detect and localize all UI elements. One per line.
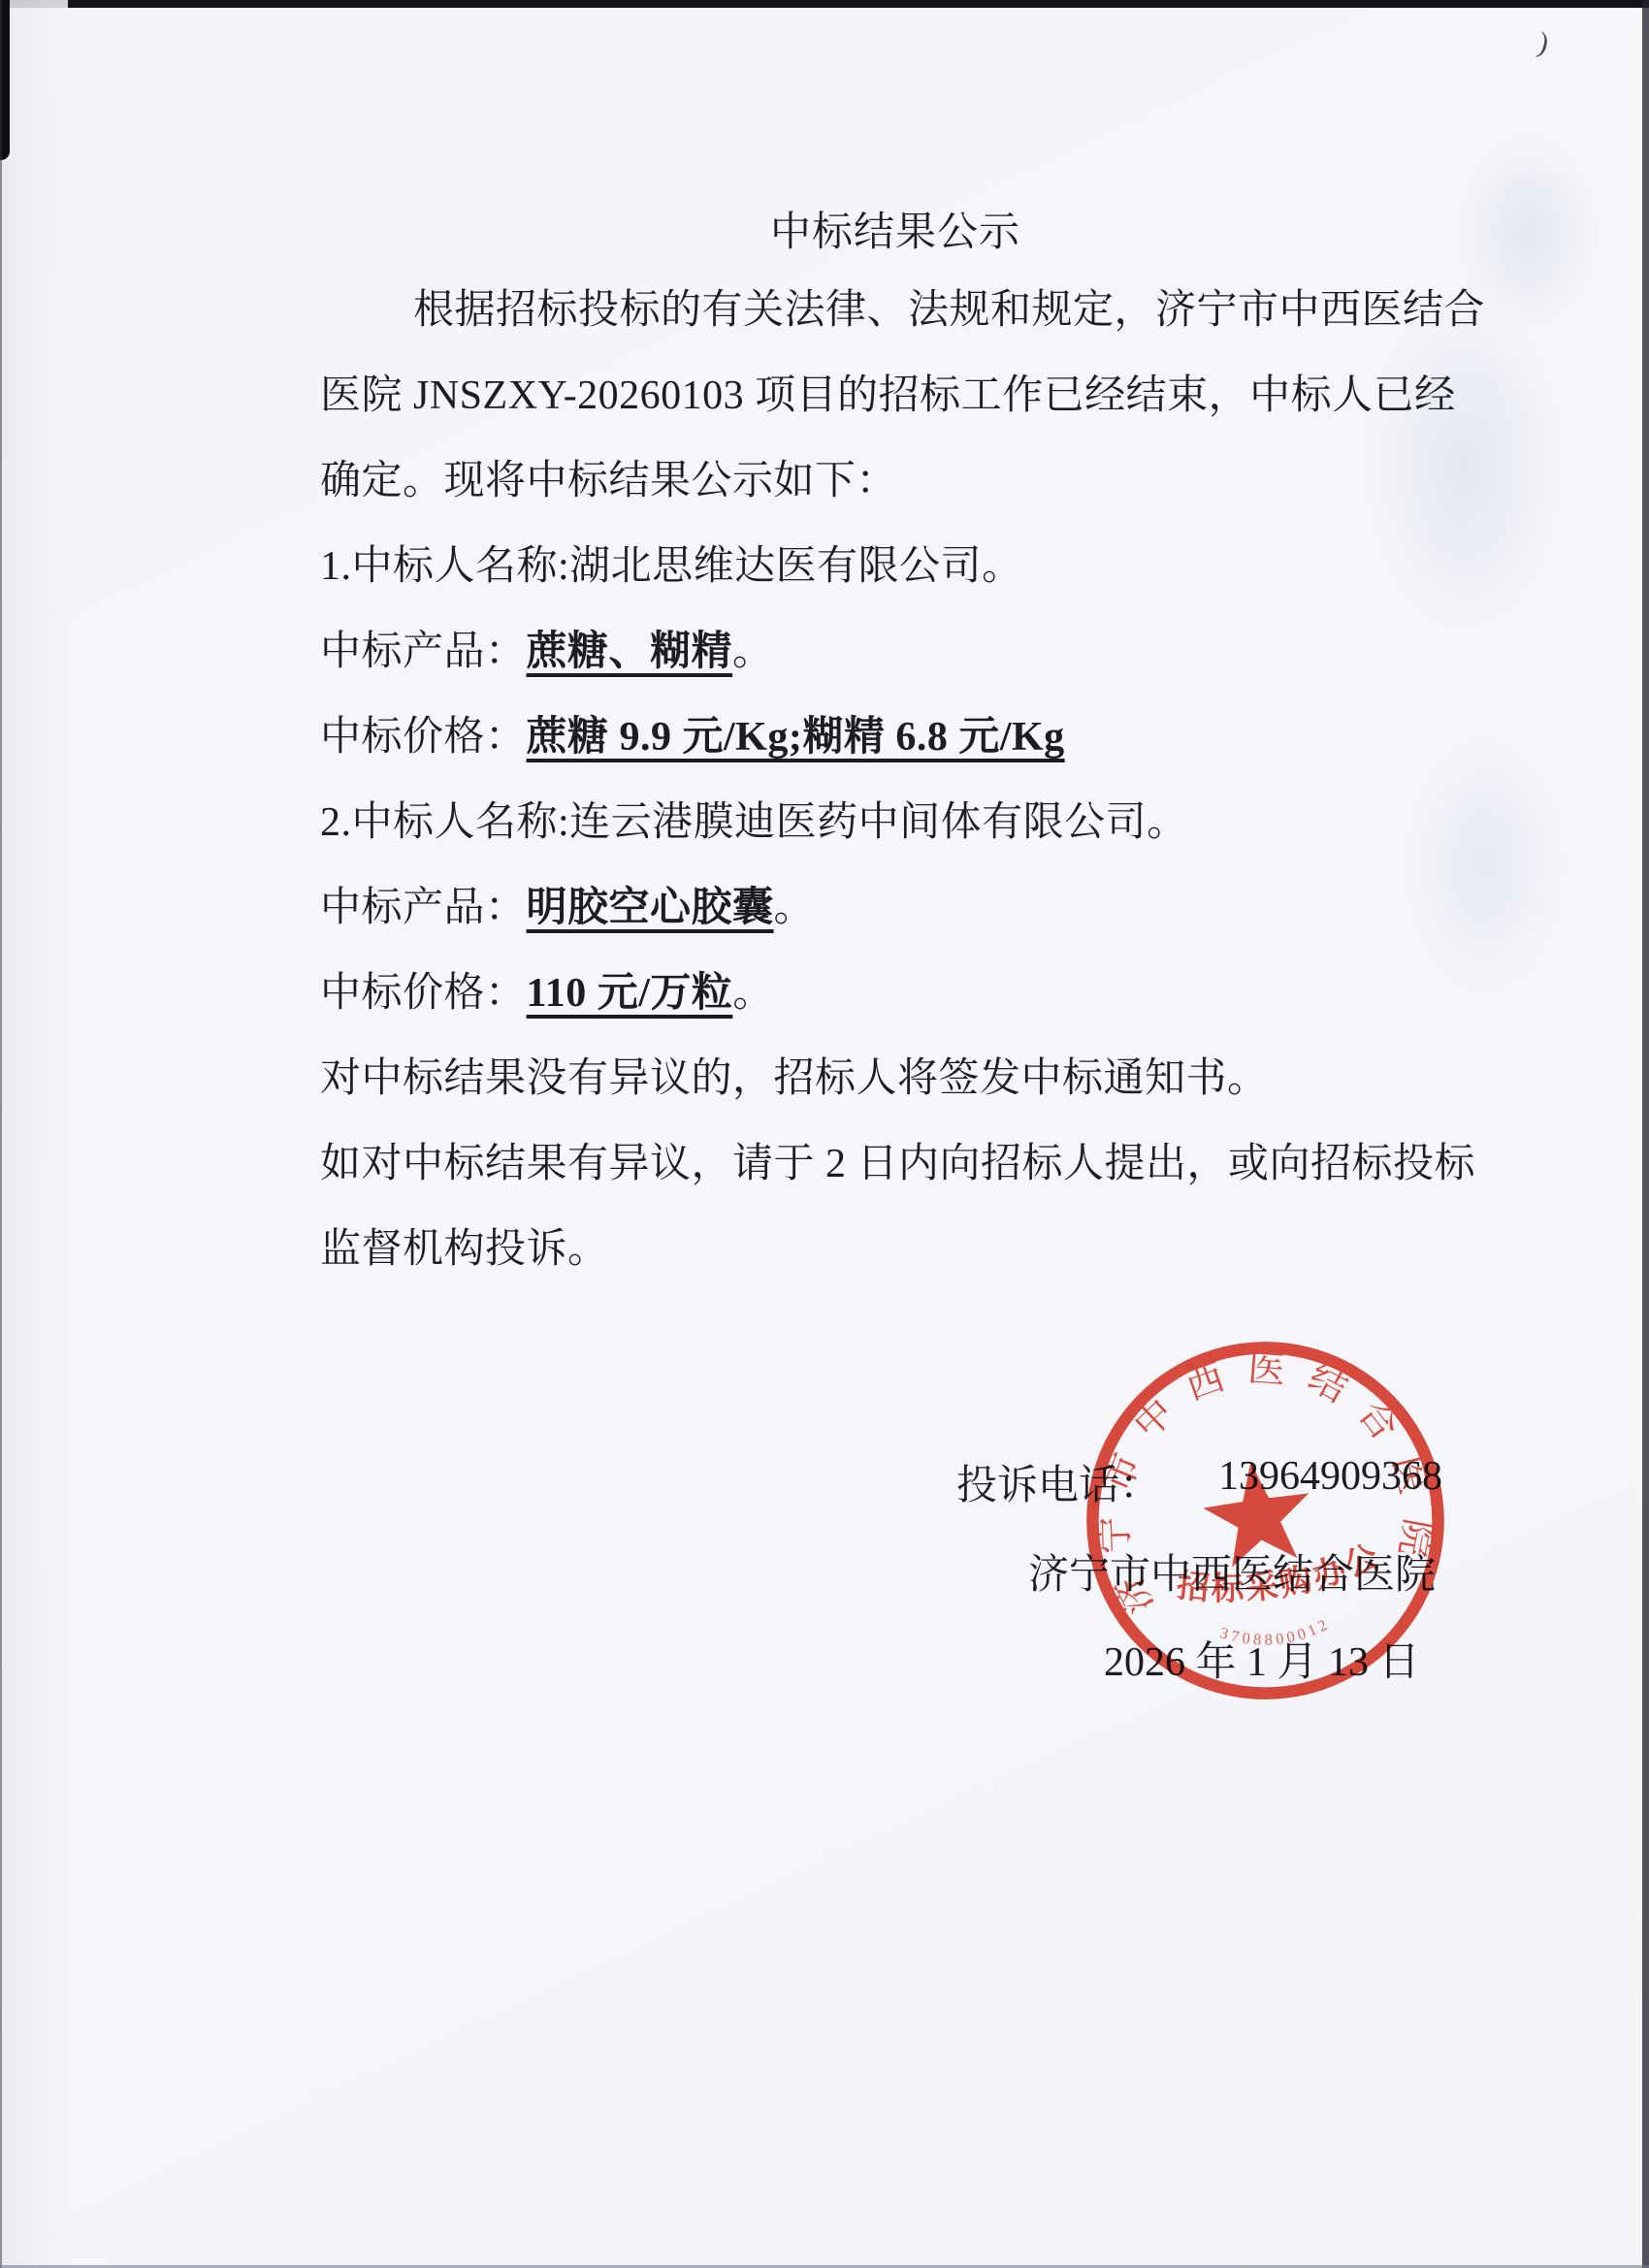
winner1-product-line: 中标产品：蔗糖、糊精。 — [320, 619, 774, 677]
winner1-product-label: 中标产品： — [320, 630, 527, 674]
winner1-price-line: 中标价格：蔗糖 9.9 元/Kg;糊精 6.8 元/Kg — [320, 704, 1065, 762]
winner2-product-label: 中标产品： — [320, 886, 527, 930]
winner1-name-line: 1.中标人名称:湖北思维达医有限公司。 — [320, 534, 1023, 592]
winner2-price-value: 110 元/万粒 — [527, 971, 733, 1016]
winner2-price-label: 中标价格： — [320, 971, 527, 1016]
winner1-product-period: 。 — [732, 630, 774, 674]
intro-line-2: 医院 JNSZXY-20260103 项目的招标工作已经结束，中标人已经 — [320, 363, 1456, 421]
winner1-price-value: 蔗糖 9.9 元/Kg;糊精 6.8 元/Kg — [527, 715, 1065, 760]
winner2-product-line: 中标产品：明胶空心胶囊。 — [320, 875, 815, 933]
winner1-price-label: 中标价格： — [320, 715, 527, 760]
intro-line-1: 根据招标投标的有关法律、法规和规定，济宁市中西医结合 — [413, 277, 1485, 336]
seal-graphic: 济宁市中西医结合医院 招标采购办公室 3708800012 — [1054, 1310, 1476, 1732]
winner2-product-period: 。 — [774, 886, 816, 930]
winner2-name-line: 2.中标人名称:连云港膜迪医药中间体有限公司。 — [320, 790, 1188, 848]
notice-line-3: 监督机构投诉。 — [320, 1216, 609, 1275]
scan-left-shadow — [2, 0, 68, 2268]
winner1-product-value: 蔗糖、糊精 — [527, 630, 733, 674]
winner2-product-value: 明胶空心胶囊 — [527, 886, 774, 930]
scan-edge-top — [0, 0, 1649, 8]
document-title: 中标结果公示 — [770, 200, 1020, 258]
scanned-document-page: ) 中标结果公示 根据招标投标的有关法律、法规和规定，济宁市中西医结合 医院 J… — [0, 0, 1649, 2268]
official-seal-stamp: 济宁市中西医结合医院 招标采购办公室 3708800012 — [1054, 1310, 1476, 1732]
winner2-price-line: 中标价格：110 元/万粒。 — [320, 960, 774, 1019]
seal-serial-number: 3708800012 — [1215, 1608, 1335, 1657]
winner2-price-period: 。 — [732, 971, 774, 1016]
notice-line-1: 对中标结果没有异议的，招标人将签发中标通知书。 — [320, 1046, 1269, 1104]
scan-edge-right — [1642, 0, 1649, 2268]
intro-line-3: 确定。现将中标结果公示如下： — [320, 448, 897, 506]
scan-edge-left — [0, 0, 2, 2268]
seal-star-icon — [1198, 1455, 1317, 1571]
notice-line-2: 如对中标结果有异议，请于 2 日内向招标人提出，或向招标投标 — [320, 1131, 1475, 1189]
scan-blotch — [1358, 660, 1610, 1067]
scan-pen-mark: ) — [1535, 26, 1552, 60]
